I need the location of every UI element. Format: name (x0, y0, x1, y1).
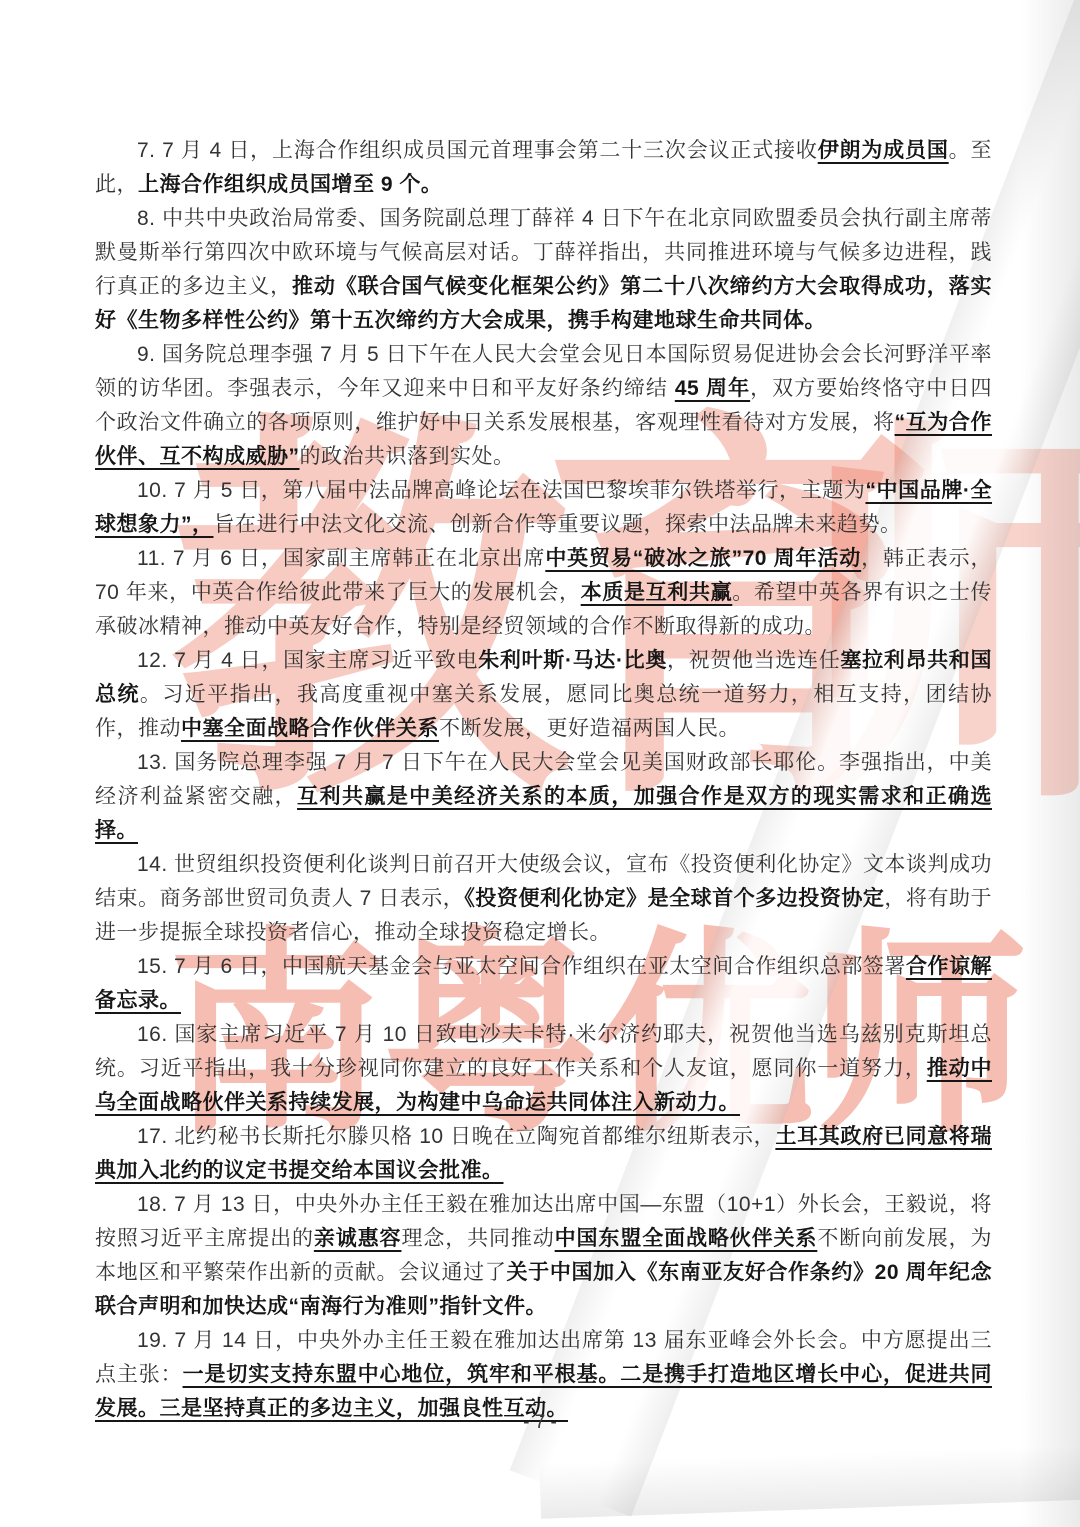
text-run: 亲诚惠容 (314, 1227, 402, 1250)
text-run: 11. 7 月 6 日，国家副主席韩正在北京出席 (137, 547, 545, 570)
news-item-12: 12. 7 月 4 日，国家主席习近平致电朱利叶斯·马达·比奥，祝贺他当选连任塞… (95, 644, 992, 746)
news-item-17: 17. 北约秘书长斯托尔滕贝格 10 日晚在立陶宛首都维尔纽斯表示，土耳其政府已… (95, 1120, 992, 1188)
news-item-9: 9. 国务院总理李强 7 月 5 日下午在人民大会堂会见日本国际贸易促进协会会长… (95, 338, 992, 474)
news-item-16: 16. 国家主席习近平 7 月 10 日致电沙夫卡特·米尔济约耶夫，祝贺他当选乌… (95, 1018, 992, 1120)
document-page: 教育 师 南粤优师 7. 7 月 4 日，上海合作组织成员国元首理事会第二十三次… (0, 0, 1080, 1527)
text-run: 伊朗为成员国 (818, 139, 949, 162)
news-item-19: 19. 7 月 14 日，中央外办主任王毅在雅加达出席第 13 届东亚峰会外长会… (95, 1324, 992, 1426)
text-run: ，祝贺他当选连任 (667, 649, 840, 672)
news-item-11: 11. 7 月 6 日，国家副主席韩正在北京出席中英贸易“破冰之旅”70 周年活… (95, 542, 992, 644)
page-number: - 7 - (0, 1412, 1080, 1434)
text-run: 《投资便利化协定》是全球首个多边投资协定 (464, 887, 884, 910)
text-run: 不断发展，更好造福两国人民。 (439, 717, 740, 740)
news-item-14: 14. 世贸组织投资便利化谈判日前召开大使级会议，宣布《投资便利化协定》文本谈判… (95, 848, 992, 950)
text-run: 16. 国家主席习近平 7 月 10 日致电沙夫卡特·米尔济约耶夫，祝贺他当选乌… (95, 1023, 992, 1080)
text-run: 7. 7 月 4 日，上海合作组织成员国元首理事会第二十三次会议正式接收 (137, 139, 818, 162)
text-run: 17. 北约秘书长斯托尔滕贝格 10 日晚在立陶宛首都维尔纽斯表示， (137, 1125, 775, 1148)
news-item-18: 18. 7 月 13 日，中央外办主任王毅在雅加达出席中国—东盟（10+1）外长… (95, 1188, 992, 1324)
text-run: 理念，共同推动 (401, 1227, 554, 1250)
text-run: 的政治共识落到实处。 (300, 445, 515, 468)
text-run: 12. 7 月 4 日，国家主席习近平致电 (137, 649, 478, 672)
news-item-10: 10. 7 月 5 日，第八届中法品牌高峰论坛在法国巴黎埃菲尔铁塔举行，主题为“… (95, 474, 992, 542)
document-body: 7. 7 月 4 日，上海合作组织成员国元首理事会第二十三次会议正式接收伊朗为成… (95, 134, 992, 1426)
text-run: 15. 7 月 6 日，中国航天基金会与亚太空间合作组织在亚太空间合作组织总部签… (137, 955, 906, 978)
text-run: 旨在进行中法文化交流、创新合作等重要议题，探索中法品牌未来趋势。 (214, 513, 902, 536)
news-item-15: 15. 7 月 6 日，中国航天基金会与亚太空间合作组织在亚太空间合作组织总部签… (95, 950, 992, 1018)
text-run: 45 周年 (675, 377, 750, 400)
text-run: 上海合作组织成员国增至 9 个。 (138, 173, 442, 196)
text-run: 朱利叶斯·马达·比奥 (478, 649, 667, 672)
news-item-7: 7. 7 月 4 日，上海合作组织成员国元首理事会第二十三次会议正式接收伊朗为成… (95, 134, 992, 202)
text-run: 中英贸易“破冰之旅”70 周年活动 (545, 547, 861, 570)
news-item-13: 13. 国务院总理李强 7 月 7 日下午在人民大会堂会见美国财政部长耶伦。李强… (95, 746, 992, 848)
text-run: 中塞全面战略合作伙伴关系 (181, 717, 439, 740)
text-run: 本质是互利共赢 (581, 581, 733, 604)
news-item-8: 8. 中共中央政治局常委、国务院副总理丁薛祥 4 日下午在北京同欧盟委员会执行副… (95, 202, 992, 338)
text-run: 10. 7 月 5 日，第八届中法品牌高峰论坛在法国巴黎埃菲尔铁塔举行，主题为 (137, 479, 865, 502)
text-run: 中国东盟全面战略伙伴关系 (555, 1227, 818, 1250)
scan-shadow-right-edge (1020, 0, 1080, 1527)
